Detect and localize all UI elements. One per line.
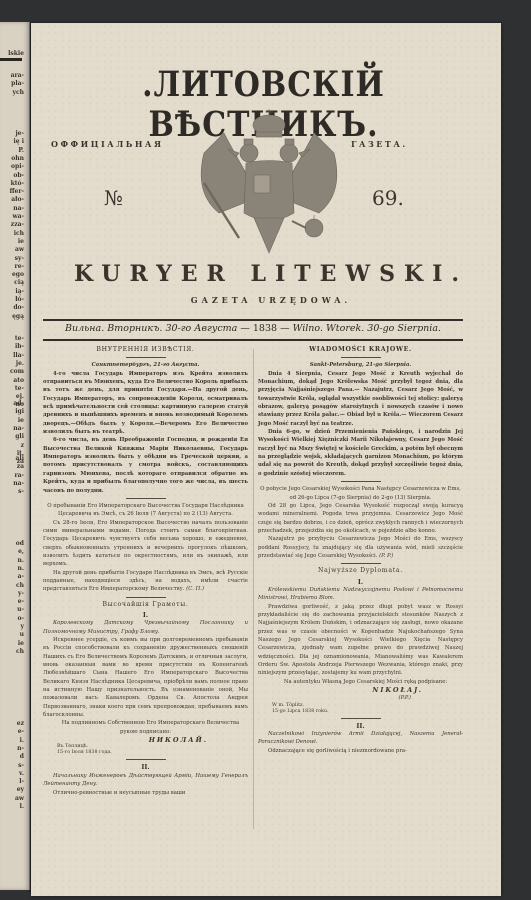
previous-page-edge: lskieara-pla-ychje-ię iP.ohnopi-ob-któ-f… (0, 22, 30, 890)
dateline-rule-bottom (43, 339, 463, 341)
decrees-title: Высочайшія Грамоты. (43, 601, 248, 609)
previous-page-fragment: do- (13, 304, 24, 311)
article-paragraph: Dnia 4 Sierpnia, Cesarz Jego Mość z Kreu… (258, 370, 463, 428)
previous-page-fragment: aw (15, 246, 24, 253)
article-heading-ems: O pobycie Jego Cesarskiej Wysokości Pana… (258, 485, 463, 502)
article-separator (341, 563, 381, 564)
column-divider (253, 349, 254, 829)
previous-page-fragment: ie (18, 417, 24, 424)
issue-number-label: № (104, 186, 123, 210)
previous-page-fragment: pla- (11, 80, 24, 87)
previous-page-fragment: aw (15, 795, 24, 802)
previous-page-fragment: zza- (11, 221, 24, 228)
previous-page-fragment: i. (20, 737, 24, 744)
previous-page-fragment: ch (16, 582, 24, 589)
decree-number: I. (43, 611, 248, 619)
previous-page-fragment: ey (17, 786, 24, 793)
previous-page-fragment: łó- (15, 296, 24, 303)
previous-page-fragment: gli (15, 433, 24, 440)
previous-page-fragment: ara- (11, 72, 24, 79)
place-date: Sankt-Petersburg, 21-go Sierpnia. (258, 361, 463, 369)
article-text: Nazajutrz po przybyciu Cesarzewicza Jego… (258, 536, 463, 559)
decree-source: (P.P.) (258, 694, 463, 702)
decree-text: Искреннее усердіе, съ коимъ вы при долго… (43, 636, 248, 719)
dateline-year: 1838 (253, 323, 277, 334)
previous-page-fragment: te- (15, 385, 24, 392)
article-paragraph: Od 28 go Lipca, Jego Cesarska Wysokość r… (258, 502, 463, 535)
subtitle-official: ОФФИЦІАЛЬНАЯ (51, 139, 164, 149)
previous-page-fragment: ego (12, 271, 24, 278)
dateline: Вильна. Вторникъ. 30-го Августа — 1838 —… (43, 323, 463, 334)
article-separator (126, 597, 166, 598)
decree-number: I. (258, 578, 463, 586)
article-separator (341, 718, 381, 719)
previous-page-fragment: y (21, 623, 25, 630)
previous-page-fragment: ob- (13, 172, 24, 179)
previous-page-fragment: e- (18, 728, 24, 735)
previous-page-fragment: com (10, 368, 24, 375)
previous-page-fragment: ie (18, 238, 24, 245)
previous-page-fragment: na- (13, 425, 24, 432)
previous-page-fragment: igi (15, 408, 24, 415)
decree-signed-note: На подлинномъ Собственною Его Императорс… (43, 719, 248, 736)
previous-page-fragment: l- (19, 778, 24, 785)
decree-addressee: Королевскому Датскому Чрезвычайному Посл… (43, 619, 248, 636)
previous-page-fragment: e, (18, 548, 24, 555)
dateline-russian: Вильна. Вторникъ. 30-го Августа — (65, 323, 250, 334)
decree-addressee: Naczelnikowi Inżynierów Armii Działające… (258, 730, 463, 747)
previous-page-fragment: ad- (13, 400, 24, 407)
previous-page-fragment: n. (18, 557, 24, 564)
previous-page-fragment: ich (14, 230, 24, 237)
newspaper-page: .ЛИТОВСКІЙ ВѢСТНИКЪ. ОФФИЦІАЛЬНАЯ ГАЗЕТА… (31, 23, 501, 896)
previous-page-fragment: y- (18, 590, 24, 597)
previous-page-fragment: cią (14, 279, 24, 286)
decree-date: 15-go Lipca 1838 roku. (258, 709, 463, 715)
previous-page-fragment: d (20, 753, 24, 760)
previous-page-fragment: ohn (11, 155, 24, 162)
article-paragraph: 6-го числа, въ день Преображенія Господн… (43, 436, 248, 494)
previous-page-fragment: v. (19, 770, 24, 777)
article-separator (341, 481, 381, 482)
previous-page-fragment: u (20, 631, 24, 638)
previous-page-fragment: ffer- (10, 188, 24, 195)
previous-page-fragment: te- (15, 335, 24, 342)
previous-page-fragment: ch (16, 648, 24, 655)
article-paragraph: 4-го числа Государь Императоръ изъ Крейт… (43, 370, 248, 437)
article-paragraph: Dnia 6-go, w dzień Przemienienia Pańskie… (258, 428, 463, 478)
previous-page-fragment: sy- (15, 255, 24, 262)
previous-page-fragment: u- (17, 606, 24, 613)
subtitle-gazette: ГАЗЕТА. (351, 139, 408, 149)
article-paragraph: На другой день прибытія Государя Наслѣдн… (43, 569, 248, 594)
source-attribution: (P. P.) (379, 553, 393, 559)
decree-text: Odznaczające się gorliwością i niezmordo… (258, 747, 463, 755)
decree-signed-note: Na autentyku Własną Jego Cesarskiej Mośc… (258, 678, 463, 686)
double-headed-eagle-icon (184, 103, 354, 263)
article-text: На другой день прибытія Государя Наслѣдн… (43, 570, 248, 593)
previous-page-fragment: z (21, 442, 24, 449)
source-attribution: (С. П.) (186, 586, 204, 592)
previous-page-fragment: od (16, 540, 24, 547)
previous-page-fragment: ie (18, 640, 24, 647)
section-rule (126, 357, 166, 358)
previous-page-fragment: n- (17, 745, 24, 752)
section-title-domestic-news: WIADOMOŚCI KRAJOWE. (258, 346, 463, 354)
previous-page-fragment: ało- (11, 196, 24, 203)
previous-page-fragment: ęgą (12, 313, 24, 320)
decree-addressee: Królewskiemu Duńskiemu Nadzwyczajnemu Po… (258, 586, 463, 603)
previous-page-fragment: e- (18, 598, 24, 605)
previous-page-fragment: ali (16, 455, 24, 462)
previous-page-fragment: na- (13, 205, 24, 212)
previous-page-fragment: na- (13, 480, 24, 487)
previous-page-fragment: wa- (12, 213, 24, 220)
column-polish: WIADOMOŚCI KRAJOWE. Sankt-Petersburg, 21… (258, 346, 463, 755)
decree-signature: NIKOŁAJ. (258, 686, 463, 694)
previous-page-fragment: ato (13, 377, 24, 384)
previous-page-fragment: ię i (14, 138, 24, 145)
previous-page-fragment: ez (17, 720, 24, 727)
article-heading-ems: О пребываніи Его Императорскаго Высочест… (43, 502, 248, 519)
previous-page-fragment: P. (18, 147, 24, 154)
decree-addressee: Начальнику Инженеровъ Дѣйствующей Арміи,… (43, 772, 248, 789)
masthead-title-polish: KURYER LITEWSKI. (71, 261, 471, 287)
previous-page-fragment: lskie (8, 50, 24, 57)
decrees-title: Najwyższe Dyplomata. (258, 567, 463, 575)
decree-text: Prawdziwa gorliwość, z jaką przez długi … (258, 603, 463, 678)
previous-page-fragment: l. (20, 803, 24, 810)
subtitle-official-gazette-polish: GAZETA URZĘDOWA. (91, 295, 451, 305)
previous-page-rule (0, 58, 22, 61)
previous-page-fragment: re- (15, 263, 24, 270)
previous-page-fragment: opi- (11, 163, 24, 170)
decree-date: 15-го Іюля 1838 года. (43, 750, 248, 756)
previous-page-fragment: o- (18, 615, 25, 622)
previous-page-fragment: n. (18, 565, 24, 572)
decree-text: Отлично-ревностные и неусыпные труды ваш… (43, 789, 248, 797)
previous-page-fragment: je- (16, 130, 24, 137)
previous-page-fragment: s- (18, 762, 24, 769)
section-title-domestic-news: ВНУТРЕННІЯ ИЗВѢСТІЯ. (43, 346, 248, 354)
previous-page-fragment: ib- (15, 343, 24, 350)
previous-page-fragment: ra- (14, 472, 24, 479)
previous-page-fragment: ią- (15, 288, 24, 295)
article-paragraph: Съ 28-го Іюля, Его Императорское Высочес… (43, 519, 248, 569)
previous-page-fragment: a- (18, 573, 24, 580)
article-separator (126, 498, 166, 499)
decree-number: II. (43, 763, 248, 771)
place-date: Санктпетербургъ, 21-го Августа. (43, 361, 248, 369)
previous-page-fragment: lla- (13, 352, 24, 359)
dateline-polish: — Wilno. Wtorek. 30-go Sierpnia. (280, 323, 441, 334)
previous-page-fragment: je. (16, 360, 24, 367)
section-rule (341, 357, 381, 358)
article-separator (126, 759, 166, 760)
previous-page-fragment: s- (18, 488, 24, 495)
article-paragraph: Nazajutrz po przybyciu Cesarzewicza Jego… (258, 535, 463, 560)
dateline-rule-top (43, 319, 463, 321)
decree-number: II. (258, 722, 463, 730)
previous-page-fragment: ych (12, 89, 24, 96)
previous-page-fragment: któ- (11, 180, 24, 187)
column-russian: ВНУТРЕННІЯ ИЗВѢСТІЯ. Санктпетербургъ, 21… (43, 346, 248, 797)
issue-number: 69. (372, 186, 404, 210)
previous-page-fragment: za (17, 463, 24, 470)
